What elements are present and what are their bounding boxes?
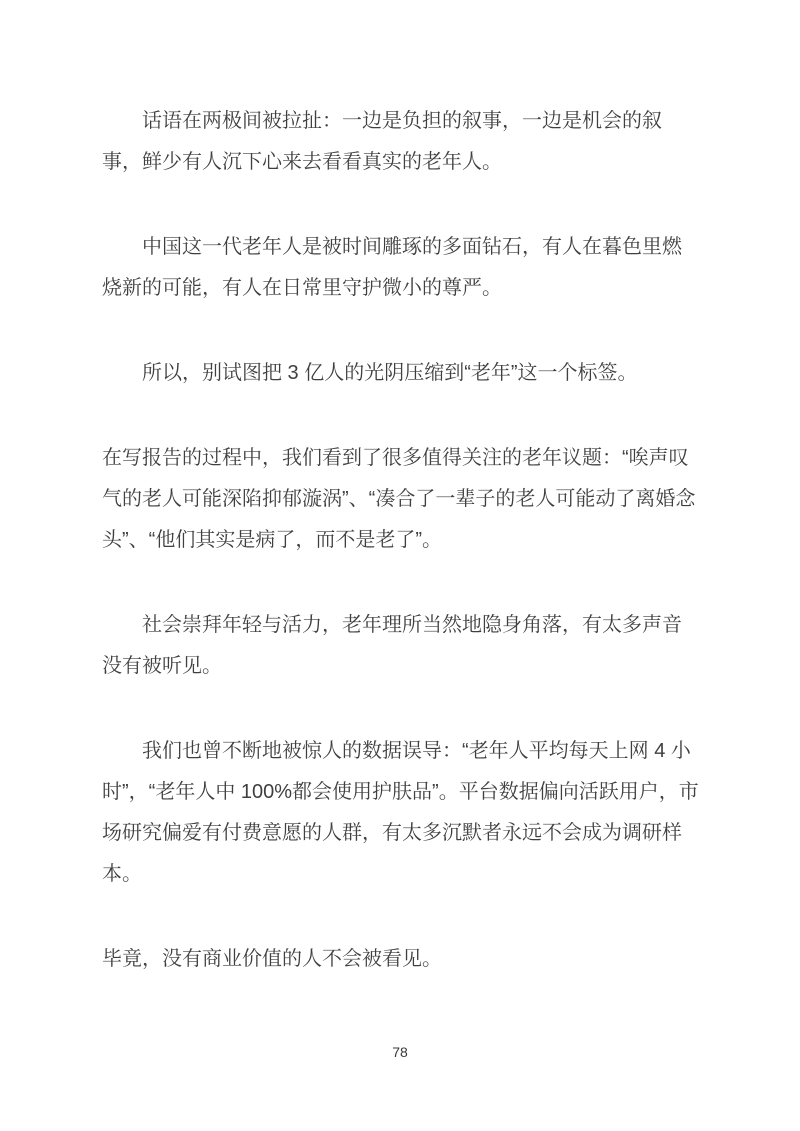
body-text-block: 话语在两极间被拉扯：一边是负担的叙事，一边是机会的叙事，鲜少有人沉下心来去看看真… bbox=[0, 0, 800, 980]
page-number: 78 bbox=[0, 1042, 800, 1062]
document-page: 话语在两极间被拉扯：一边是负担的叙事，一边是机会的叙事，鲜少有人沉下心来去看看真… bbox=[0, 0, 800, 1131]
paragraph-2: 中国这一代老年人是被时间雕琢的多面钻石，有人在暮色里燃烧新的可能，有人在日常里守… bbox=[102, 227, 700, 309]
paragraph-4: 在写报告的过程中，我们看到了很多值得关注的老年议题：“唉声叹气的老人可能深陷抑郁… bbox=[102, 438, 700, 561]
paragraph-3: 所以，别试图把 3 亿人的光阴压缩到“老年”这一个标签。 bbox=[102, 353, 700, 394]
paragraph-5: 社会崇拜年轻与活力，老年理所当然地隐身角落，有太多声音没有被听见。 bbox=[102, 605, 700, 687]
paragraph-7: 毕竟，没有商业价值的人不会被看见。 bbox=[102, 939, 700, 980]
paragraph-6: 我们也曾不断地被惊人的数据误导：“老年人平均每天上网 4 小时”，“老年人中 1… bbox=[102, 731, 700, 895]
paragraph-1: 话语在两极间被拉扯：一边是负担的叙事，一边是机会的叙事，鲜少有人沉下心来去看看真… bbox=[102, 101, 700, 183]
